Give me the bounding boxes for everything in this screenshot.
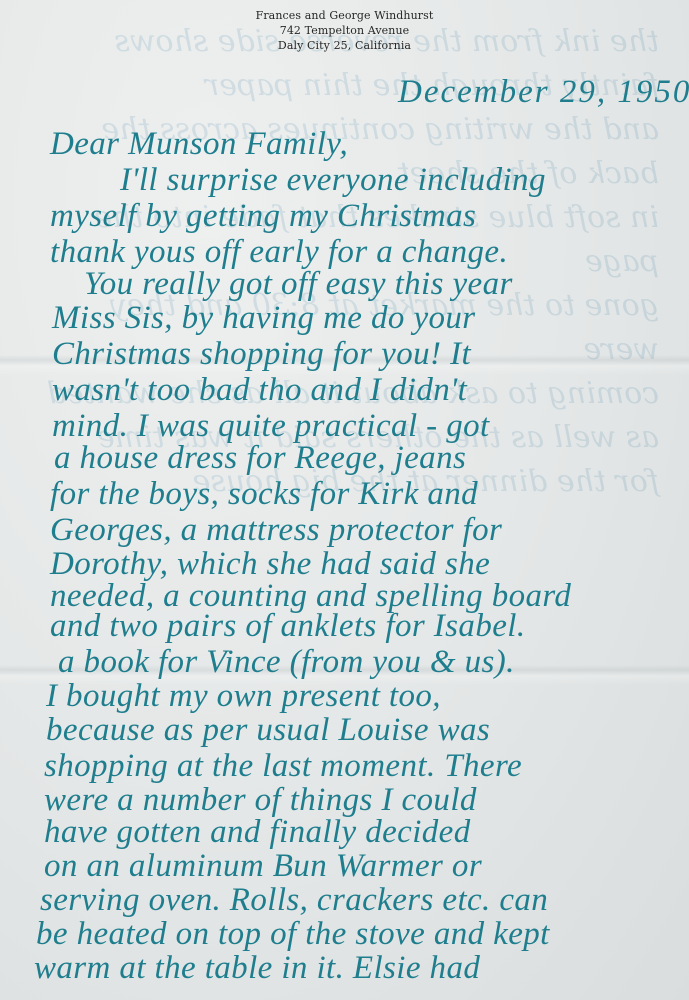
letter-line: Miss Sis, by having me do your [52,300,476,337]
letterhead-street: 742 Tempelton Avenue [0,23,689,38]
letter-line: wasn't too bad tho and I didn't [52,372,467,409]
letter-line: myself by getting my Christmas [50,198,476,235]
letterhead-name: Frances and George Windhurst [0,8,689,23]
letter-line: for the boys, socks for Kirk and [50,476,478,513]
letter-line: shopping at the last moment. There [44,748,522,785]
letterhead-city: Daly City 25, California [0,38,689,53]
letter-line: a house dress for Reege, jeans [54,440,466,477]
letterhead: Frances and George Windhurst 742 Tempelt… [0,8,689,53]
letter-line: Christmas shopping for you! It [52,336,471,373]
letter-line: because as per usual Louise was [46,712,490,749]
letter-line: a book for Vince (from you & us). [58,644,515,681]
letter-line: have gotten and finally decided [44,814,471,851]
letter-page: the ink from the reverse side shows fain… [0,0,689,1000]
letter-line: I bought my own present too, [46,678,441,715]
letter-line: and two pairs of anklets for Isabel. [50,608,525,645]
letter-line: serving oven. Rolls, crackers etc. can [40,882,548,919]
letter-line: be heated on top of the stove and kept [36,916,550,953]
salutation: Dear Munson Family, [50,126,348,163]
letter-date: December 29, 1950 [398,74,689,111]
letter-line: I'll surprise everyone including [120,162,546,199]
letter-line: warm at the table in it. Elsie had [34,950,480,987]
letter-line: Georges, a mattress protector for [50,512,502,549]
letter-line: on an aluminum Bun Warmer or [44,848,482,885]
letter-line: You really got off easy this year [84,266,513,303]
